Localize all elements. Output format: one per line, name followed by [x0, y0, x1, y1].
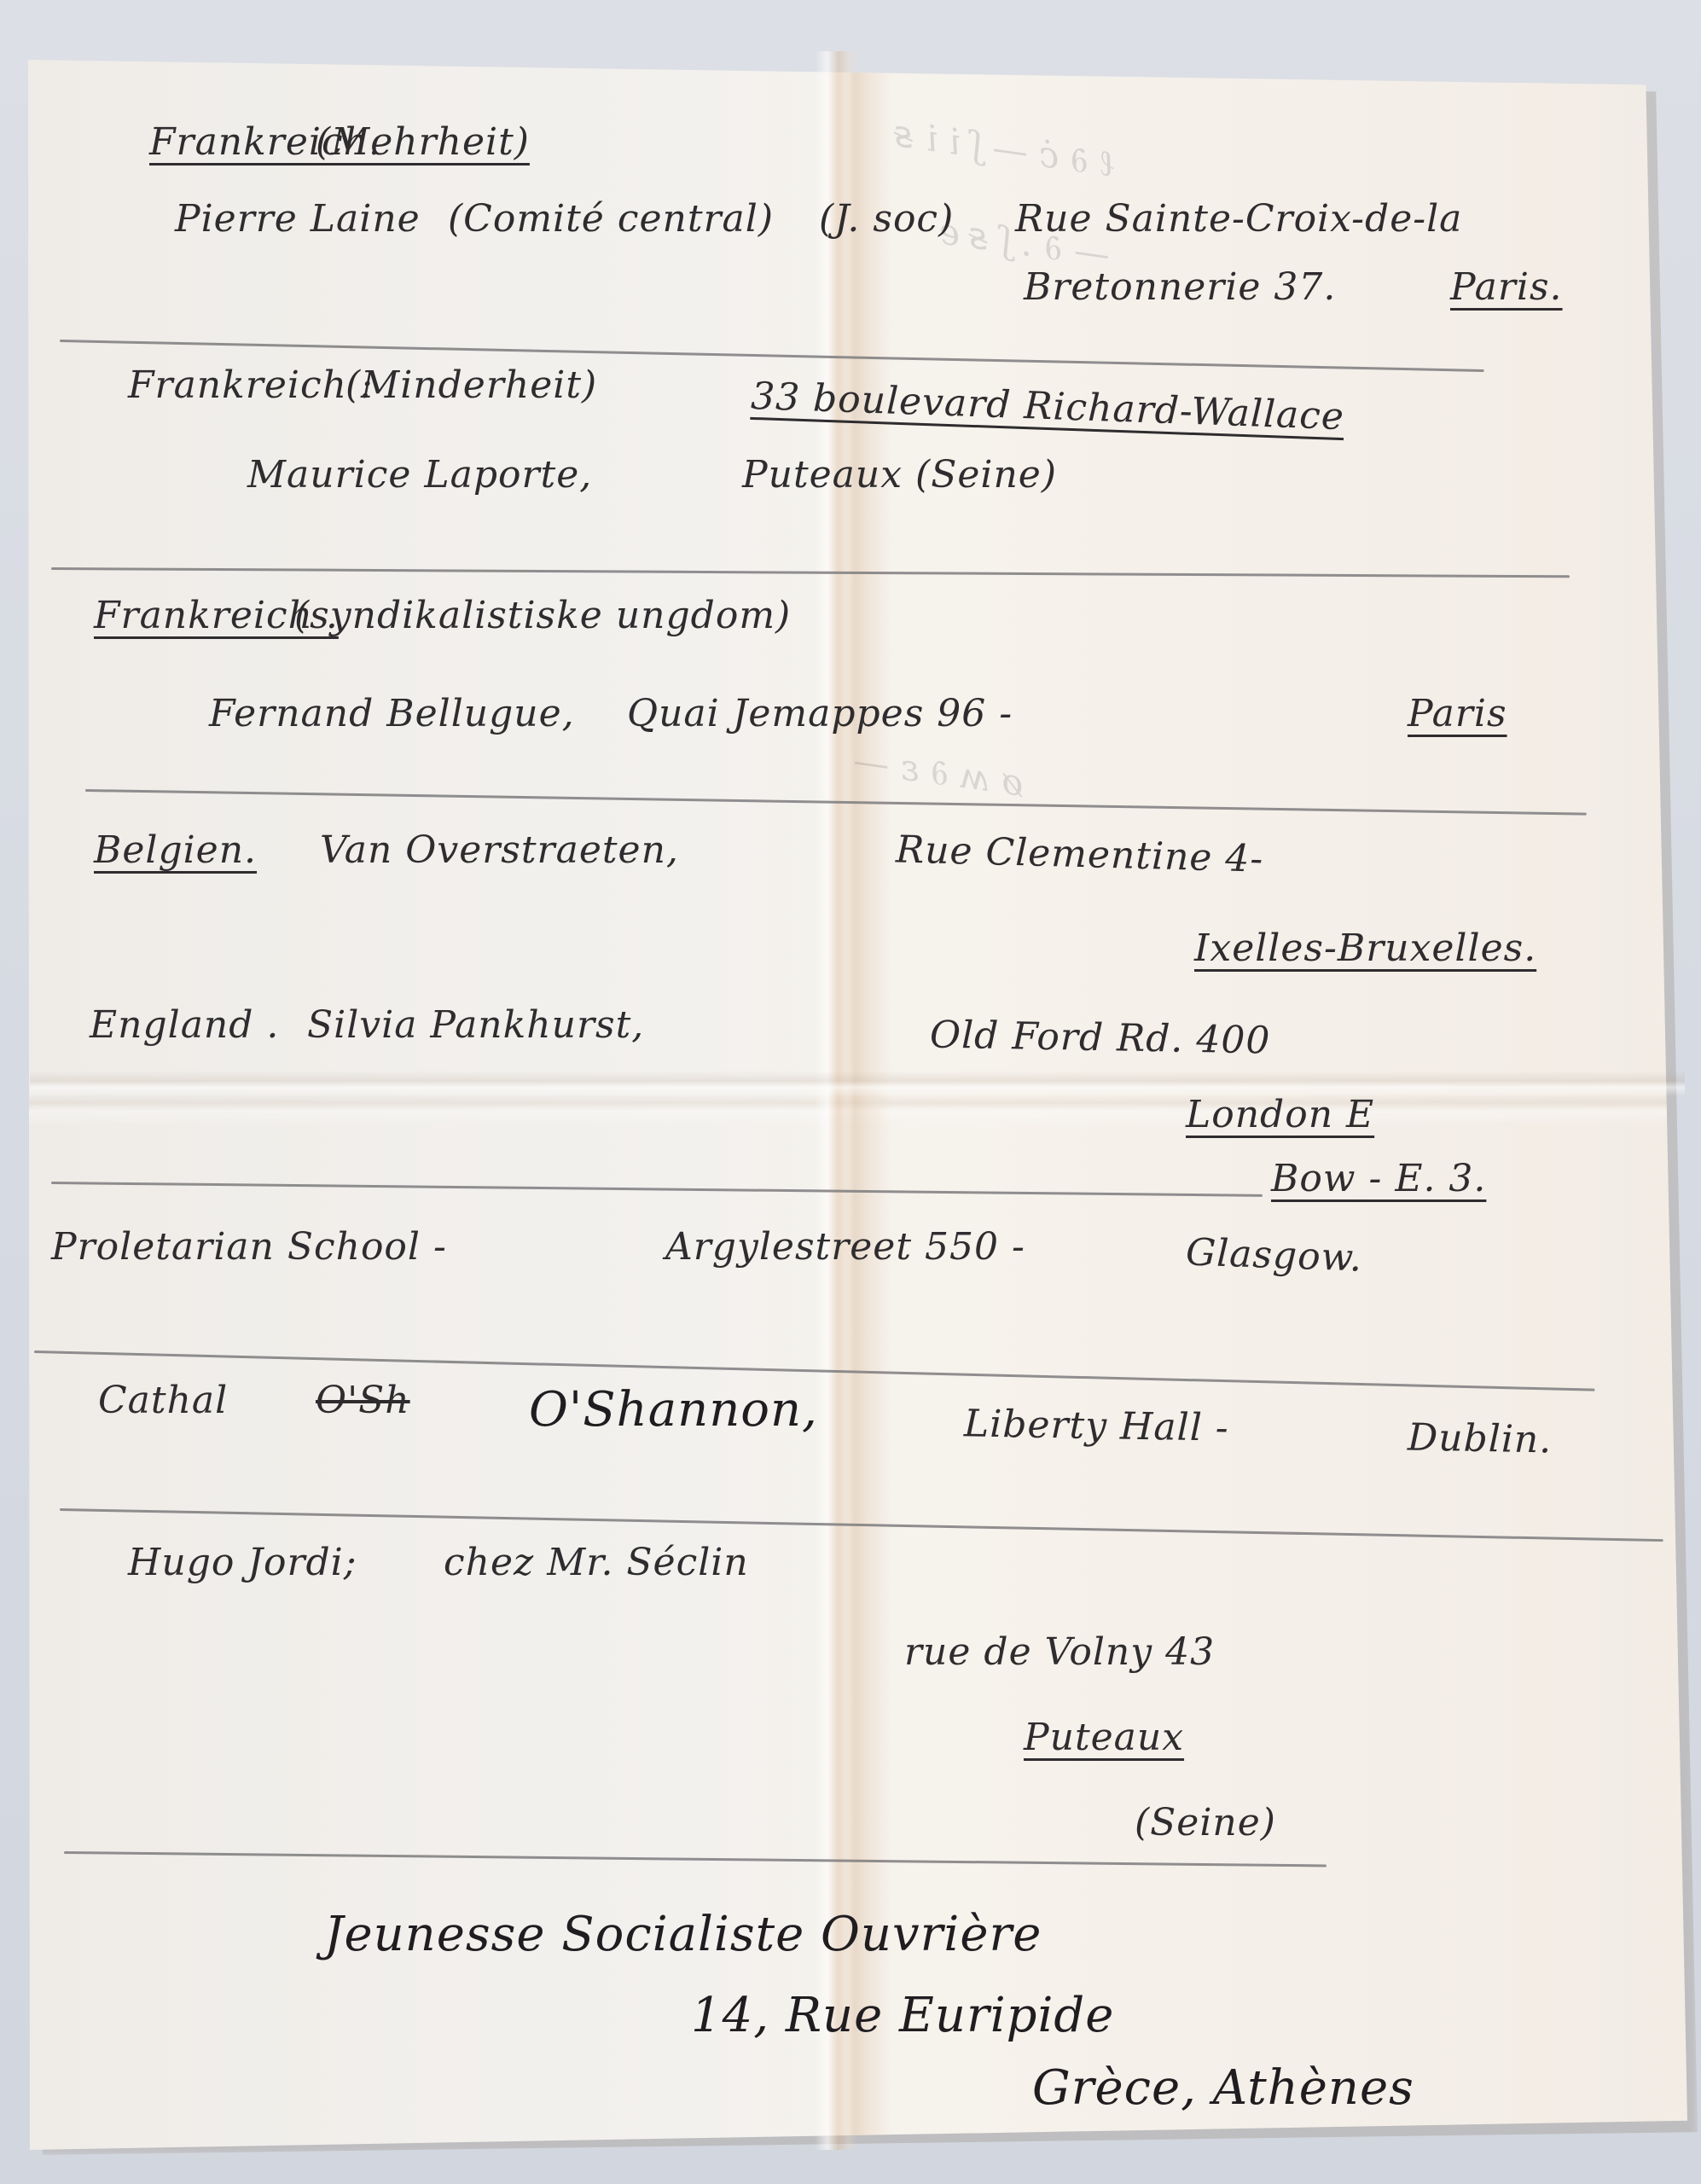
- address-line: Old Ford Rd. 400: [930, 1017, 1271, 1060]
- contact-note: (J. soc): [819, 200, 954, 238]
- city: Paris.: [1450, 269, 1563, 306]
- region: (Seine): [1135, 1804, 1276, 1842]
- contact-name: Fernand Bellugue,: [209, 695, 575, 733]
- contact-name: Hugo Jordi;: [128, 1544, 357, 1582]
- address-line: Liberty Hall -: [964, 1405, 1229, 1447]
- care-of: chez Mr. Séclin: [444, 1544, 749, 1582]
- city: Glasgow.: [1185, 1234, 1363, 1277]
- address-line: Quai Jemappes 96 -: [627, 695, 1013, 733]
- faction-qualifier: (Minderheit): [345, 367, 597, 404]
- contact-note: (Comité central): [448, 200, 774, 238]
- faction-qualifier: (Mehrheit): [316, 124, 530, 161]
- city: Puteaux: [1024, 1719, 1184, 1757]
- city: London E: [1186, 1096, 1374, 1134]
- contact-name: Pierre Laine: [175, 200, 421, 238]
- contact-name: Maurice Laporte,: [247, 456, 592, 494]
- country-heading: Belgien.: [94, 832, 257, 869]
- city: Puteaux (Seine): [742, 456, 1057, 494]
- address-line: Bretonnerie 37.: [1024, 269, 1336, 306]
- address-line: 14, Rue Euripide: [691, 1992, 1114, 2040]
- address-line: Argylestreet 550 -: [665, 1228, 1025, 1266]
- country-heading: England .: [90, 1007, 279, 1044]
- city: Dublin.: [1408, 1420, 1553, 1460]
- address-line: Rue Clementine 4-: [895, 831, 1263, 878]
- city-district: Bow - E. 3.: [1271, 1160, 1486, 1198]
- address-line: Rue Sainte-Croix-de-la: [1015, 200, 1462, 238]
- contact-name: Silvia Pankhurst,: [307, 1007, 644, 1044]
- faction-qualifier: (syndikalistiske ungdom): [294, 597, 791, 635]
- contact-first-name: Cathal: [98, 1382, 228, 1420]
- contact-name: Proletarian School -: [51, 1228, 447, 1266]
- struck-out-text: O'Sh: [316, 1382, 410, 1420]
- contact-last-name: O'Shannon,: [529, 1386, 818, 1434]
- contact-name: Van Overstraeten,: [320, 832, 679, 869]
- address-line: rue de Volny 43: [904, 1634, 1215, 1671]
- organization-name: Jeunesse Socialiste Ouvrière: [324, 1911, 1042, 1959]
- city: Paris: [1408, 695, 1507, 733]
- country-heading: Frankreich :: [128, 367, 374, 404]
- city: Grèce, Athènes: [1032, 2065, 1414, 2112]
- city: Ixelles-Bruxelles.: [1194, 930, 1536, 967]
